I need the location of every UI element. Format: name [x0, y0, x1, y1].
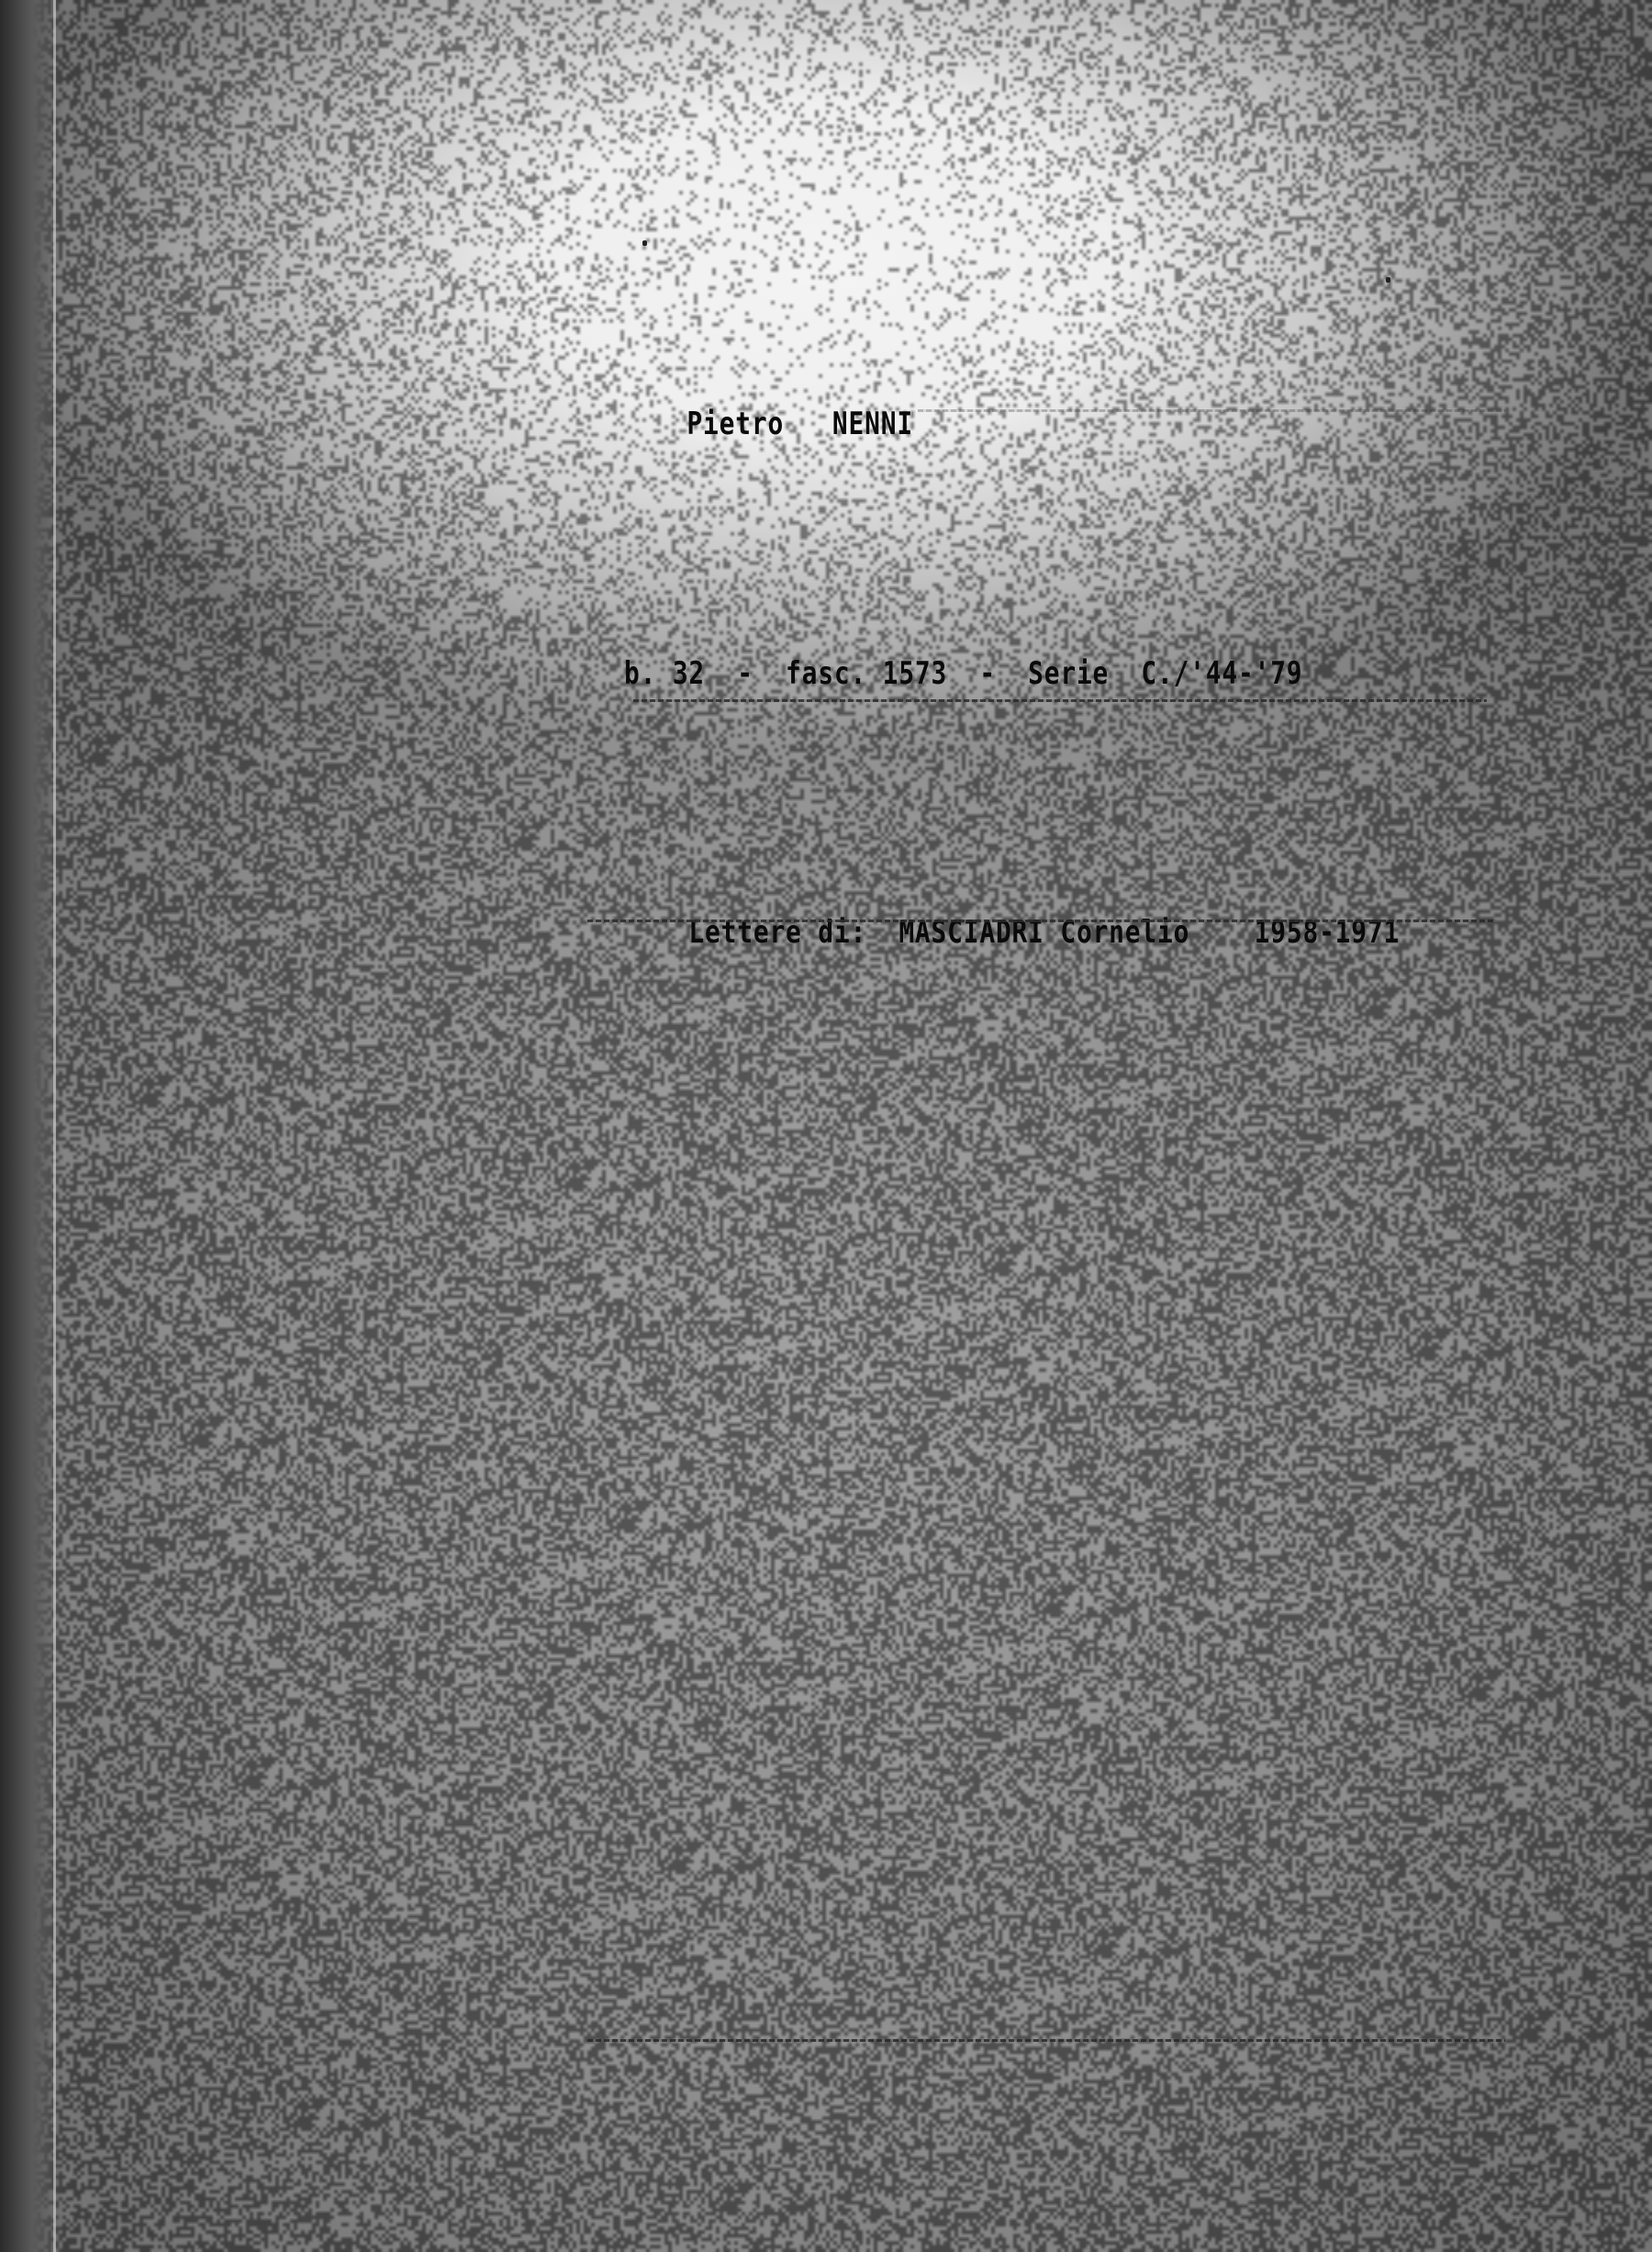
archive-reference: b. 32 - fasc. 1573 - Serie C./'44-'79	[624, 655, 1302, 692]
reference-underline	[633, 699, 1487, 702]
scanned-page: Pietro NENNI b. 32 - fasc. 1573 - Serie …	[0, 0, 1652, 2252]
speck	[642, 240, 647, 246]
author-underline	[918, 409, 1505, 412]
contents-description: Lettere di: MASCIADRI Cornelio 1958-1971	[624, 877, 1400, 987]
author-name: Pietro NENNI	[622, 369, 913, 479]
scan-grain-texture	[0, 0, 1652, 2252]
page-fold-line	[53, 0, 56, 2252]
author-last-name: NENNI	[832, 406, 913, 442]
speck	[1386, 277, 1390, 283]
bottom-rule	[587, 2039, 1505, 2042]
contents-underline	[587, 920, 1496, 922]
author-first-name: Pietro	[686, 406, 784, 442]
